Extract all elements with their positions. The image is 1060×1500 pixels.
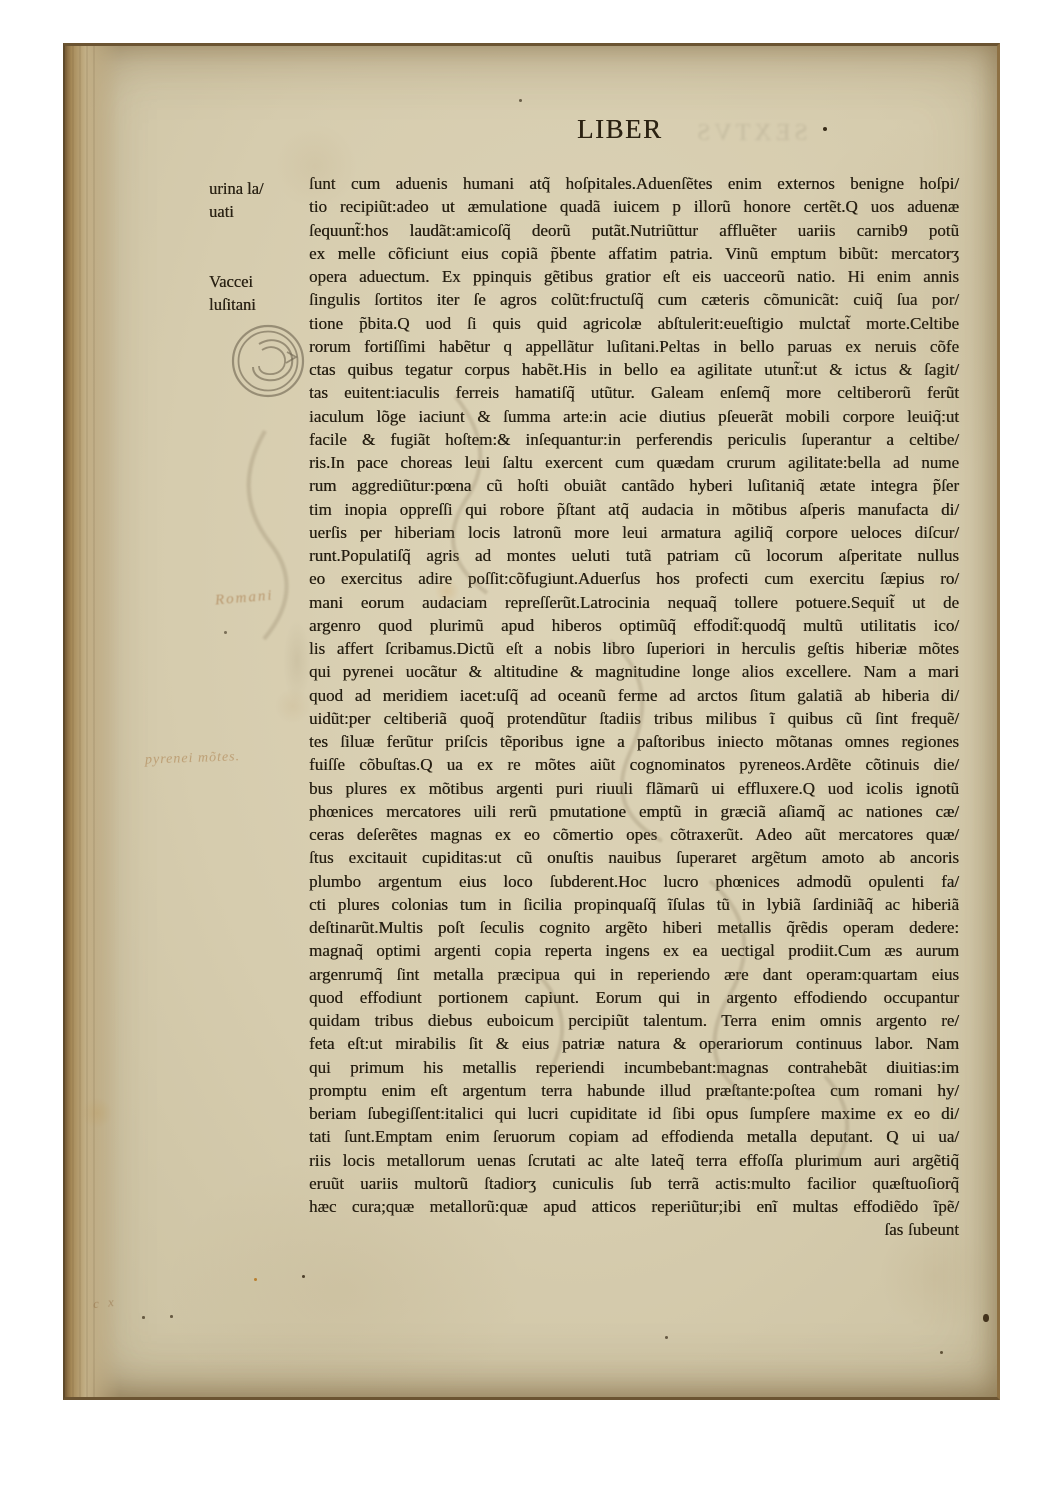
embossed-stamp-icon bbox=[229, 322, 307, 400]
ink-speck bbox=[254, 1278, 257, 1281]
margin-note-line: urina la/ bbox=[209, 177, 319, 200]
showthrough-title: SEXTVS bbox=[693, 120, 808, 147]
ink-speck bbox=[665, 1336, 668, 1339]
body-line: argenro quod plurimũ apud hiberos optimũ… bbox=[309, 614, 959, 637]
ink-speck bbox=[302, 1275, 305, 1278]
body-line: hæc cura;quæ metallorũ:quæ apud atticos … bbox=[309, 1195, 959, 1218]
body-line: tim inopia oppreſſi qui robore p̃ſtant a… bbox=[309, 498, 959, 521]
body-line: deſtinarũt.Multis poſt ſeculis cognito a… bbox=[309, 916, 959, 939]
body-line: phœnices mercatores uili rerũ pmutatione… bbox=[309, 800, 959, 823]
body-line: eo exercitus adire poſſit:cõfugiunt.Adue… bbox=[309, 567, 959, 590]
handwritten-note: pyrenei mõtes. bbox=[145, 749, 241, 768]
body-line: tas euitent:iaculis ferreis hamatiſq̃ ut… bbox=[309, 381, 959, 404]
body-line: fuiſſe cõbuſtas.Q ua ex re mõtes aiũt co… bbox=[309, 753, 959, 776]
margin-note-urina-lauati: urina la/ uati bbox=[209, 177, 319, 223]
body-line: facile & fugiãt hoſtem:& inſequantur:in … bbox=[309, 428, 959, 451]
body-line: bus plures ex mõtibus argenti puri riuul… bbox=[309, 777, 959, 800]
ink-speck bbox=[983, 1314, 989, 1322]
body-line: tati ſunt.Emptam enim ſeruorum copiam ad… bbox=[309, 1125, 959, 1148]
body-line: plumbo argentum eius loco ſubderent.Hoc … bbox=[309, 870, 959, 893]
margin-note-line: uati bbox=[209, 200, 319, 223]
body-line: ſunt cum aduenis humani atq̃ hoſpitales.… bbox=[309, 172, 959, 195]
body-line: qui primum his metallis reperiendi incum… bbox=[309, 1056, 959, 1079]
body-text: ſunt cum aduenis humani atq̃ hoſpitales.… bbox=[309, 172, 959, 1242]
ink-speck bbox=[519, 99, 522, 102]
body-line: mani eorum audaciam repreſſerũt.Latrocin… bbox=[309, 591, 959, 614]
pen-marks: c x bbox=[92, 1294, 117, 1312]
body-line: ex melle cõficiunt eius copiã p̃bente af… bbox=[309, 242, 959, 265]
margin-note-line: luſitani bbox=[209, 293, 319, 316]
body-line: qui pyrenei uocãtur & altitudine & magni… bbox=[309, 660, 959, 683]
binding-striations bbox=[65, 46, 95, 1397]
ink-speck bbox=[142, 1316, 145, 1319]
body-line: quod ad meridiem iacet:uſq̃ ad oceanũ fe… bbox=[309, 684, 959, 707]
ink-speck bbox=[224, 631, 227, 634]
body-line: ctas quibus tegatur corpus habẽt.His in … bbox=[309, 358, 959, 381]
body-line: rorum fortiſſimi habẽtur q appellãtur lu… bbox=[309, 335, 959, 358]
body-line: argenrumq̃ ſint metalla præcipua qui in … bbox=[309, 963, 959, 986]
body-line: lis affert ſcribamus.Dictũ eſt a nobis l… bbox=[309, 637, 959, 660]
margin-note-vaccei-lusitani: Vaccei luſitani bbox=[209, 270, 319, 316]
body-line: tio recipiũt:adeo ut æmulatione quadã iu… bbox=[309, 195, 959, 218]
body-line: ſingulis ſortitos iter ſe agros colũt:fr… bbox=[309, 288, 959, 311]
body-line: uerſis per hiberiam locis latronũ more l… bbox=[309, 521, 959, 544]
body-line: tes ſiluæ ferũtur priſcis tẽporibus igne… bbox=[309, 730, 959, 753]
body-line: ſequunt̃:hos laudãt:amicoſq̃ deorũ putãt… bbox=[309, 219, 959, 242]
body-line: uidũt:per celtiberiã quoq̃ protendũtur ſ… bbox=[309, 707, 959, 730]
body-line: runt.Populatiſq̃ agris ad montes ueluti … bbox=[309, 544, 959, 567]
handwritten-note: Romani bbox=[214, 587, 274, 609]
body-line: rum aggrediũtur:pœna cũ hoſti obuiãt can… bbox=[309, 474, 959, 497]
ink-speck bbox=[170, 1315, 173, 1318]
body-last-line: ſas ſubeunt bbox=[309, 1218, 959, 1241]
body-line: riis locis metallorum uenas ſcrutati ac … bbox=[309, 1149, 959, 1172]
body-line: iaculum lõge iaciunt & ſumma arte:in aci… bbox=[309, 405, 959, 428]
book-page: LIBER SEXTVS urina la/ uati Vaccei luſit… bbox=[63, 43, 1000, 1400]
body-line: eruũt uariis multorũ ſtadiorʒ cuniculis … bbox=[309, 1172, 959, 1195]
body-line: promptu enim eſt argentum terra habunde … bbox=[309, 1079, 959, 1102]
margin-note-line: Vaccei bbox=[209, 270, 319, 293]
body-line: opera aduectum. Ex ppinquis gẽtibus grat… bbox=[309, 265, 959, 288]
page-title: LIBER bbox=[577, 114, 663, 145]
body-line: feta eſt:ut mirabilis ſit & eius patriæ … bbox=[309, 1032, 959, 1055]
body-line: ſtus excitauit cupiditas:ut cũ onuſtis n… bbox=[309, 846, 959, 869]
body-line: magnaq̃ optimi argenti copia reperta ing… bbox=[309, 939, 959, 962]
book-scan: LIBER SEXTVS urina la/ uati Vaccei luſit… bbox=[0, 0, 1060, 1500]
ink-speck bbox=[940, 1351, 943, 1354]
body-line: ceras deſerẽtes magnas ex eo cõmertio op… bbox=[309, 823, 959, 846]
ink-speck bbox=[823, 127, 827, 131]
body-line: quidam tribus diebus euboicum percipiũt … bbox=[309, 1009, 959, 1032]
body-line: cti plures colonias tum in ſicilia propi… bbox=[309, 893, 959, 916]
body-line: beriam ſubegiſſent:italici qui lucri cup… bbox=[309, 1102, 959, 1125]
body-line: tione p̃bita.Q uod ſi quis quid agricolæ… bbox=[309, 312, 959, 335]
body-line: ris.In pace choreas leui ſaltu exercent … bbox=[309, 451, 959, 474]
body-line: quod effodiunt portionem capiunt. Eorum … bbox=[309, 986, 959, 1009]
binding-edge bbox=[65, 46, 120, 1397]
